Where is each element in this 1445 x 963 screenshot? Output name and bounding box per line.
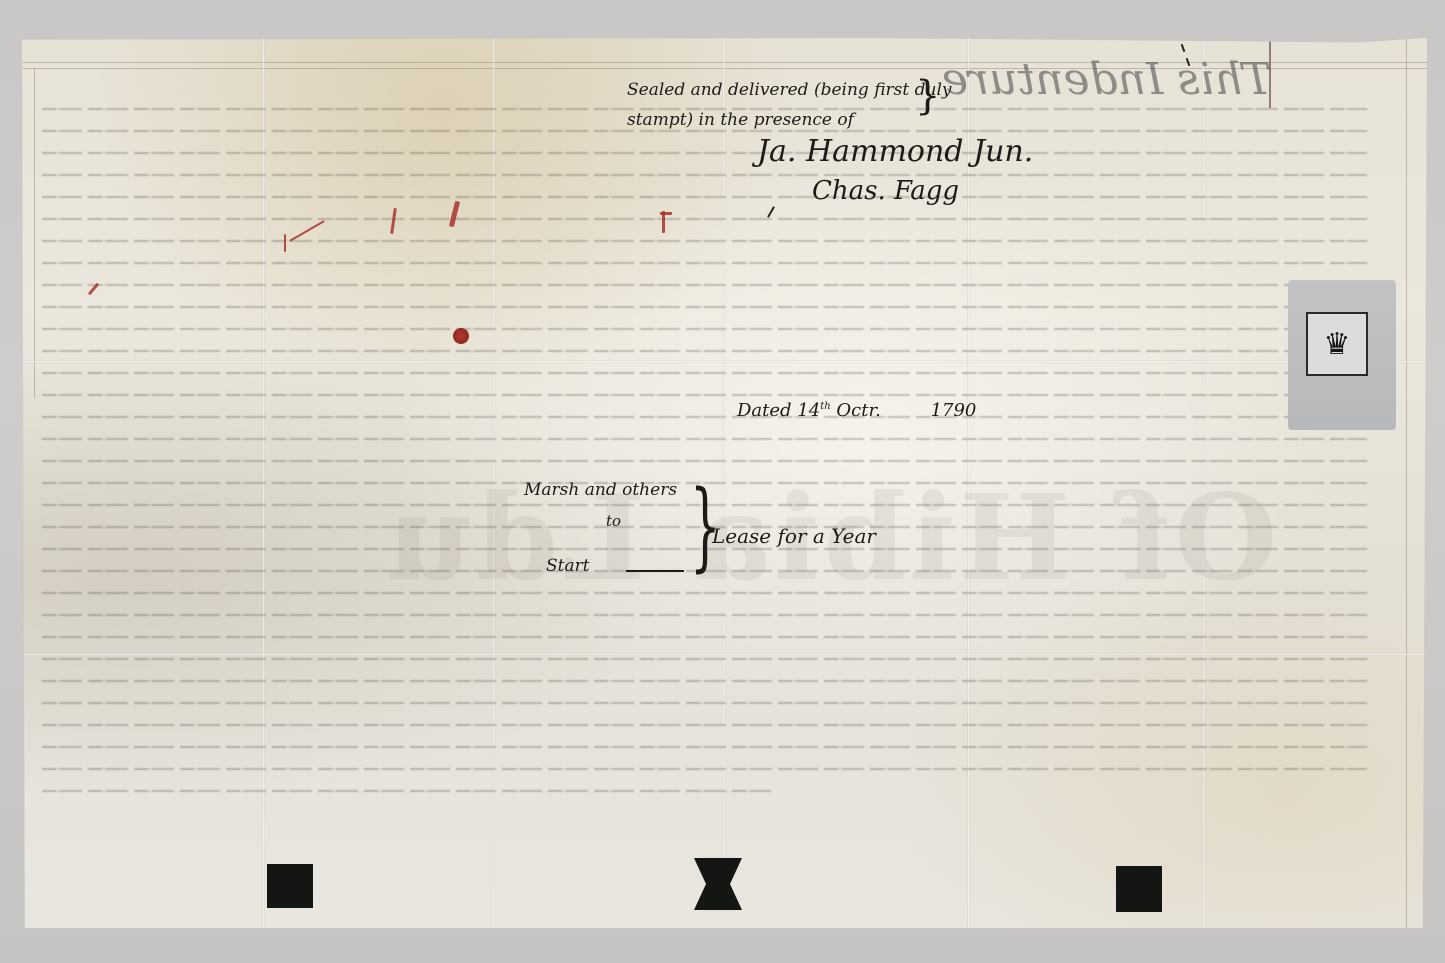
attestation-line-1: Sealed and delivered (being first duly xyxy=(627,80,952,100)
grantor-name: Marsh and others xyxy=(524,480,677,500)
instrument-type: Lease for a Year xyxy=(712,524,876,548)
show-through-text xyxy=(42,88,1367,808)
left-margin-rule xyxy=(34,68,35,398)
date-year: 1790 xyxy=(931,400,977,421)
attestation-brace: } xyxy=(915,76,940,116)
date-line: Dated 14th Octr. 1790 xyxy=(737,400,976,421)
red-ink-mark xyxy=(284,234,286,252)
party-connector: to xyxy=(606,512,621,530)
right-margin-rule xyxy=(1406,38,1407,928)
stamp-emblem-icon: ♛ xyxy=(1324,327,1351,362)
seal-tab-left xyxy=(267,864,313,908)
revenue-stamp-icon: ♛ xyxy=(1306,312,1368,376)
seal-tab-center xyxy=(694,858,742,910)
witness-signature-hammond: Ja. Hammond Jun. xyxy=(757,134,1033,169)
mirrored-heading: This Indenture xyxy=(942,54,1272,105)
parchment-document: Of Hibia Ldu This Indenture Sealed and d… xyxy=(22,38,1427,928)
grantee-underline xyxy=(626,570,684,572)
date-day: 14 xyxy=(797,400,820,421)
seal-tab-right xyxy=(1116,866,1162,912)
revenue-stamp-paper: ♛ xyxy=(1288,280,1396,430)
date-month: Octr. xyxy=(836,400,880,421)
attestation-line-2: stampt) in the presence of xyxy=(627,110,854,130)
wax-seal-spot xyxy=(453,328,469,344)
red-ink-mark xyxy=(660,212,672,215)
date-day-suffix: th xyxy=(820,401,830,412)
ink-tick xyxy=(1181,44,1186,52)
grantee-name: Start xyxy=(546,556,590,576)
witness-signature-fagg: Chas. Fagg xyxy=(812,176,959,206)
date-label: Dated xyxy=(737,400,792,421)
